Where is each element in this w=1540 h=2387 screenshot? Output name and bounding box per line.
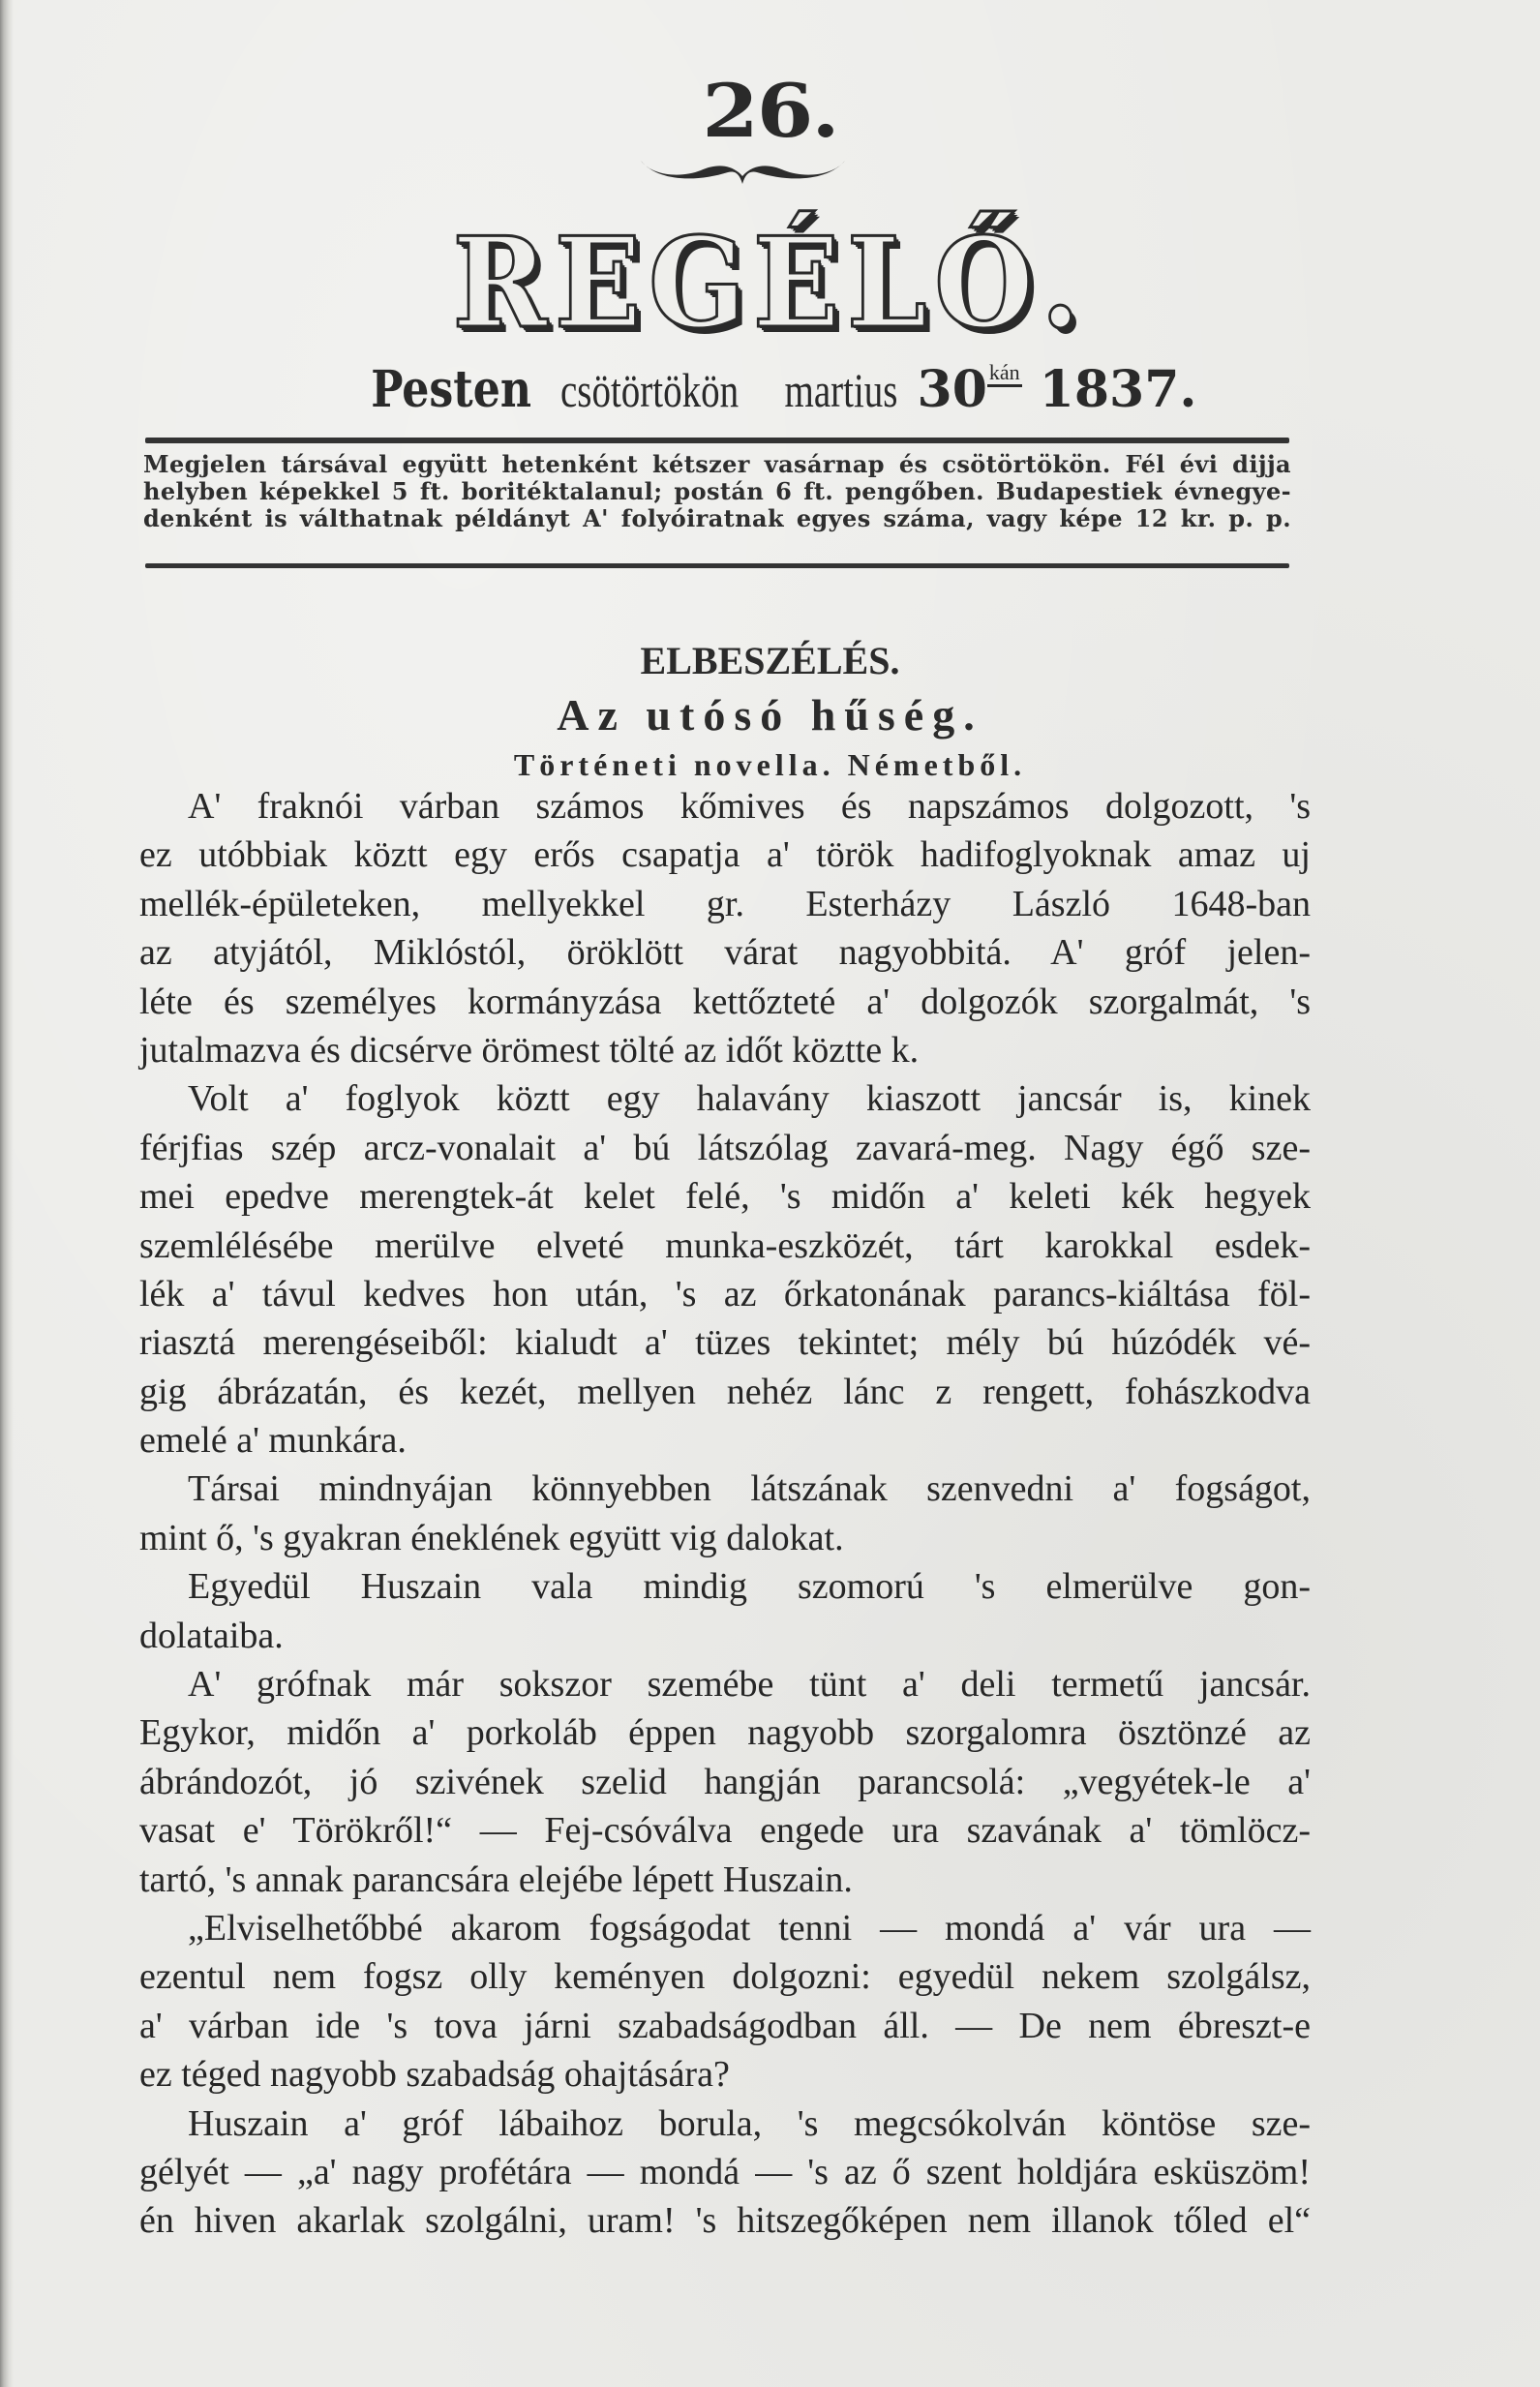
text-line: ez téged nagyobb szabadság ohajtására? — [139, 2050, 1311, 2099]
dateline-day-number: 30 — [918, 360, 987, 419]
text-line: „Elviselhetőbbé akarom fogságodat tenni … — [139, 1904, 1311, 1952]
text-line: gélyét — „a' nagy profétára — mondá — 's… — [139, 2148, 1311, 2196]
text-line: Társai mindnyájan könnyebben látszának s… — [139, 1465, 1311, 1513]
text-line: az atyjától, Miklóstól, öröklött várat n… — [139, 928, 1311, 977]
text-line: én hiven akarlak szolgálni, uram! 's hit… — [139, 2196, 1311, 2245]
text-line: szemlélésébe merülve elveté munka-eszköz… — [139, 1222, 1311, 1270]
text-line: dolataiba. — [139, 1612, 1311, 1660]
text-line: ez utóbbiak köztt egy erős csapatja a' t… — [139, 831, 1311, 879]
newspaper-title: REGÉLŐ. — [453, 211, 1088, 356]
text-line: a' várban ide 's tova járni szabadságodb… — [139, 2002, 1311, 2050]
section-heading: ELBESZÉLÉS. — [0, 637, 1540, 685]
story-title: Az utósó hűség. — [0, 689, 1540, 741]
issue-number: 26. — [0, 73, 1540, 151]
dateline-year: 1837. — [1040, 360, 1197, 419]
article-body: A' fraknói várban számos kőmives és naps… — [139, 782, 1311, 2246]
text-line: emelé a' munkára. — [139, 1416, 1311, 1465]
text-line: Huszain a' gróf lábaihoz borula, 's megc… — [139, 2100, 1311, 2148]
dateline-day-suffix: kán — [987, 360, 1022, 387]
text-line: férjfias szép arcz-vonalait a' bú látszó… — [139, 1124, 1311, 1172]
dateline-place: Pesten — [372, 360, 532, 419]
story-subtitle: Történeti novella. Németből. — [0, 745, 1540, 784]
text-line: ábrándozót, jó szivének szelid hangján p… — [139, 1758, 1311, 1806]
notice-line: helyben képekkel 5 ft. boritéktalanul; p… — [143, 478, 1291, 505]
notice-line: denként is válthatnak példányt A' folyói… — [143, 505, 1291, 532]
mustache-flourish-ornament-icon — [639, 155, 847, 190]
text-line: vasat e' Törökről!“ — Fej-csóválva enged… — [139, 1806, 1311, 1855]
text-line: mint ő, 's gyakran éneklének együtt vig … — [139, 1514, 1311, 1562]
text-line: ezentul nem fogsz olly keményen dolgozni… — [139, 1952, 1311, 2001]
text-line: lék a' távul kedves hon után, 's az őrka… — [139, 1270, 1311, 1318]
text-line: Volt a' foglyok köztt egy halavány kiasz… — [139, 1074, 1311, 1123]
text-line: Egyedül Huszain vala mindig szomorú 's e… — [139, 1562, 1311, 1611]
binding-shadow — [0, 0, 14, 2387]
text-line: mellék-épületeken, mellyekkel gr. Esterh… — [139, 880, 1311, 928]
text-line: A' grófnak már sokszor szemébe tünt a' d… — [139, 1660, 1311, 1708]
masthead: REGÉLŐ. — [0, 211, 1540, 356]
dateline-month: martius — [784, 362, 897, 418]
text-line: mei epedve merengtek-át kelet felé, 's m… — [139, 1172, 1311, 1221]
text-line: gig ábrázatán, és kezét, mellyen nehéz l… — [139, 1368, 1311, 1416]
text-line: tartó, 's annak parancsára elejébe lépet… — [139, 1856, 1311, 1904]
subscription-notice: Megjelen társával együtt hetenként kétsz… — [143, 451, 1291, 532]
notice-line: Megjelen társával együtt hetenként kétsz… — [143, 451, 1291, 478]
dateline-day: csötörtökön — [560, 362, 739, 418]
header-rule-top — [145, 438, 1289, 443]
text-line: riasztá merengéseiből: kialudt a' tüzes … — [139, 1318, 1311, 1367]
text-line: A' fraknói várban számos kőmives és naps… — [139, 782, 1311, 831]
text-line: léte és személyes kormányzása kettőzteté… — [139, 978, 1311, 1026]
header-rule-bottom — [145, 563, 1289, 568]
text-line: Egykor, midőn a' porkoláb éppen nagyobb … — [139, 1708, 1311, 1757]
dateline: Pesten csötörtökön martius 30kán 1837. — [0, 360, 1540, 419]
newspaper-page: 26. REGÉLŐ. Pesten csötörtökön martius 3… — [0, 0, 1540, 2387]
text-line: jutalmazva és dicsérve örömest tölté az … — [139, 1026, 1311, 1074]
